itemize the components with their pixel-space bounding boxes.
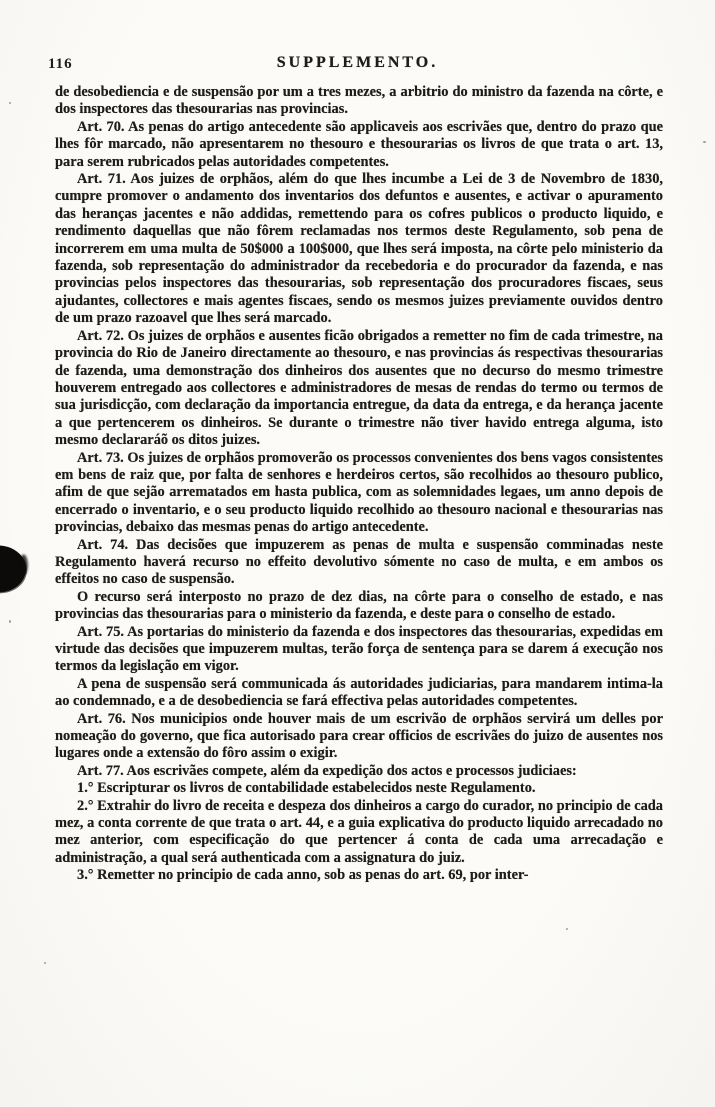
paragraph: Art. 76. Nos municipios onde houver mais… [55, 711, 663, 763]
scanned-page: 116 SUPPLEMENTO. de desobediencia e de s… [0, 0, 715, 1107]
paper-speck [9, 102, 11, 104]
paragraph: 1.° Escripturar os livros de contabilida… [55, 780, 663, 797]
page-body: de desobediencia e de suspensão por um a… [55, 84, 663, 885]
paragraph: Art. 75. As portarias do ministerio da f… [55, 624, 663, 676]
paragraph: 3.° Remetter no principio de cada anno, … [55, 867, 663, 884]
paper-speck [566, 928, 568, 930]
paragraph: Art. 72. Os juizes de orphãos e ausentes… [55, 328, 663, 450]
paper-speck [44, 962, 46, 964]
paragraph: Art. 74. Das decisões que impuzerem as p… [55, 537, 663, 589]
paragraph: 2.° Extrahir do livro de receita e despe… [55, 798, 663, 868]
paragraph: Art. 70. As penas do artigo antecedente … [55, 119, 663, 171]
paragraph: Art. 73. Os juizes de orphãos promoverão… [55, 450, 663, 537]
paragraph: O recurso será interposto no prazo de de… [55, 589, 663, 624]
paragraph: Art. 71. Aos juizes de orphãos, além do … [55, 171, 663, 328]
page-title: SUPPLEMENTO. [0, 54, 715, 72]
paper-speck [9, 620, 11, 623]
paragraph: Art. 77. Aos escrivães compete, além da … [55, 763, 663, 780]
paragraph: A pena de suspensão será communicada ás … [55, 676, 663, 711]
paragraph: de desobediencia e de suspensão por um a… [55, 84, 663, 119]
running-head: 116 SUPPLEMENTO. [0, 54, 715, 76]
paper-speck [703, 141, 706, 143]
ink-blot-artifact [0, 544, 27, 592]
